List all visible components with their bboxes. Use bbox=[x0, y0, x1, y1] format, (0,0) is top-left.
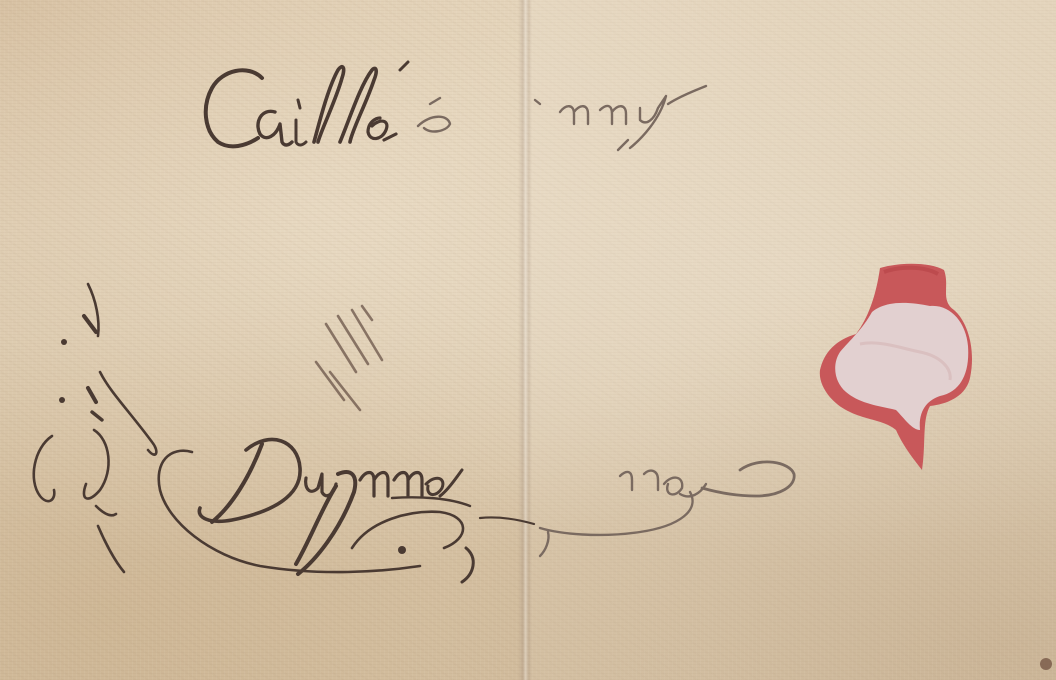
main-address-inscription bbox=[159, 440, 794, 582]
left-vertical-inscription bbox=[34, 284, 157, 572]
wax-seal-remnant bbox=[820, 264, 972, 470]
top-inscription bbox=[206, 62, 706, 150]
tally-marks bbox=[316, 306, 382, 410]
ink-layer bbox=[0, 0, 1056, 680]
stain-spot bbox=[1040, 658, 1052, 670]
letter-cover: Caillé Dunny Duyme… rne Rigie //// bbox=[0, 0, 1056, 680]
